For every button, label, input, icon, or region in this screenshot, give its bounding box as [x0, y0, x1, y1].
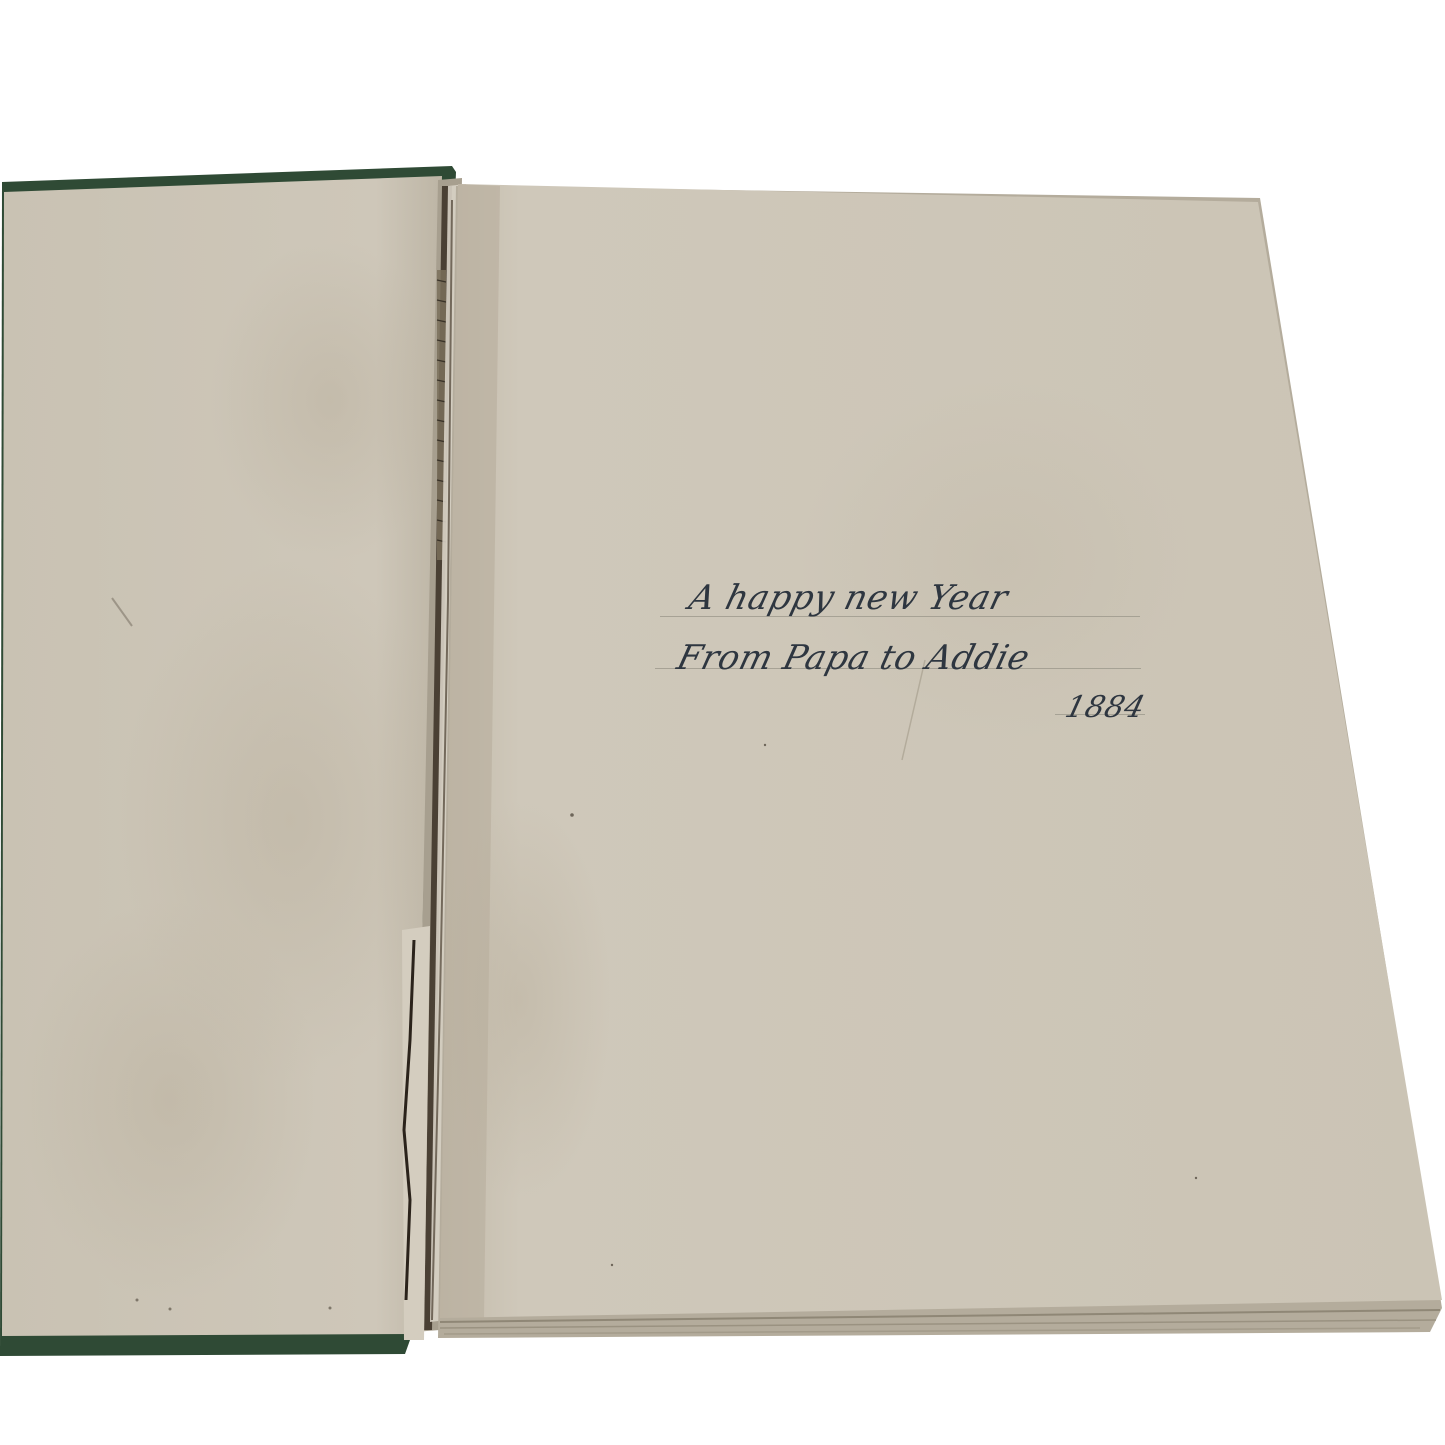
- book-photo: A happy new Year From Papa to Addie 1884: [0, 0, 1445, 1445]
- open-book: [0, 0, 1445, 1445]
- left-cover: [0, 166, 460, 1356]
- right-page-block: [430, 184, 1442, 1338]
- right-endpaper: [440, 184, 1442, 1318]
